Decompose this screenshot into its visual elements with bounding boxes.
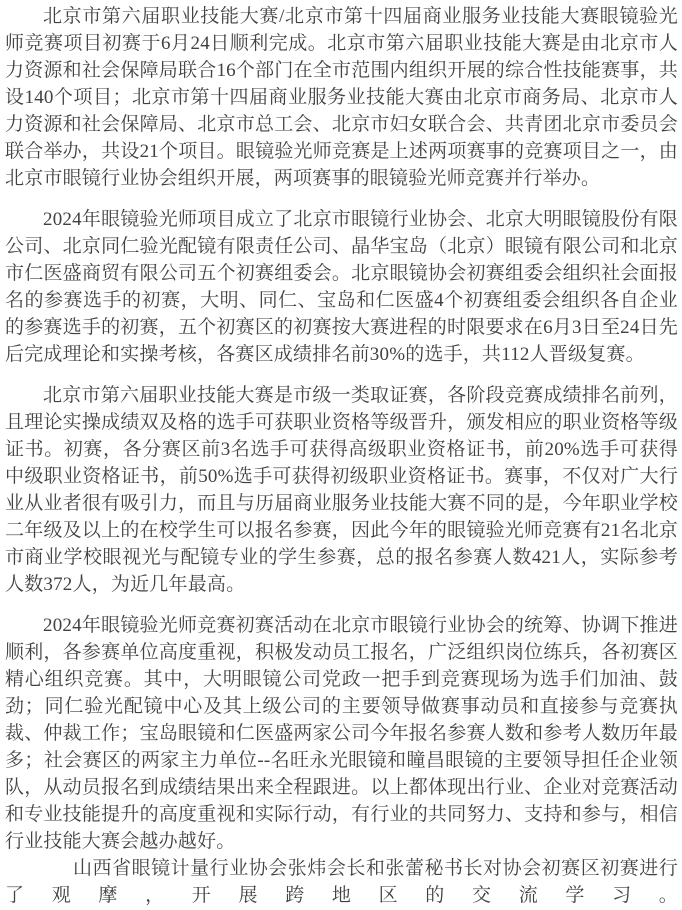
paragraph-preliminary-committees: 2024年眼镜验光师项目成立了北京市眼镜行业协会、北京大明眼镜股份有限公司、北京… [5, 206, 678, 368]
paragraph-certificates-participants: 北京市第六届职业技能大赛是市级一类取证赛，各阶段竞赛成绩排名前列，且理论实操成绩… [5, 382, 678, 598]
article-body: 北京市第六届职业技能大赛/北京市第十四届商业服务业技能大赛眼镜验光师竞赛项目初赛… [0, 0, 682, 909]
paragraph-shanxi-observation: 山西省眼镜计量行业协会张炜会长和张蕾秘书长对协会初赛区初赛进行了观摩，开展跨地区… [5, 855, 678, 909]
page: { "page": { "background_color": "#ffffff… [0, 0, 682, 910]
paragraph-intro-competition: 北京市第六届职业技能大赛/北京市第十四届商业服务业技能大赛眼镜验光师竞赛项目初赛… [5, 3, 678, 192]
paragraph-organization-support: 2024年眼镜验光师竞赛初赛活动在北京市眼镜行业协会的统筹、协调下推进顺利，各参… [5, 612, 678, 855]
